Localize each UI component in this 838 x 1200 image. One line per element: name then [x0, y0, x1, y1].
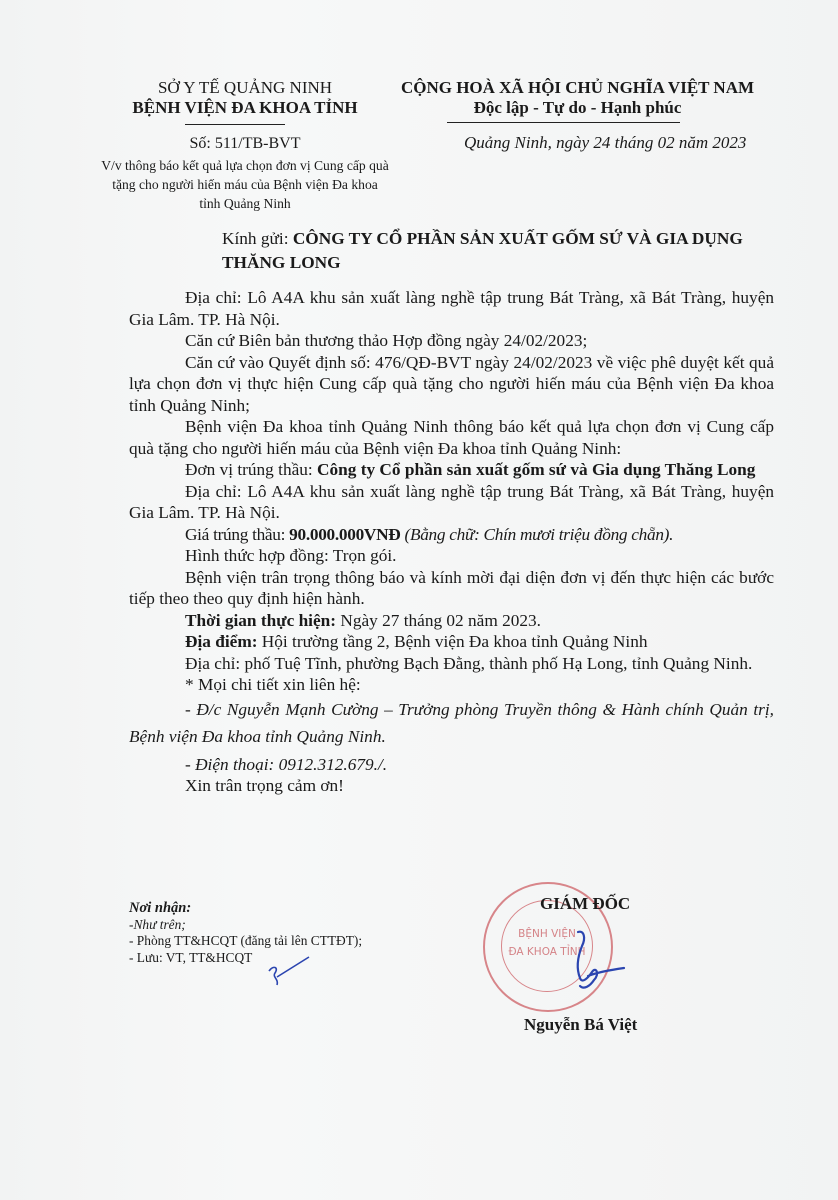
price-value: 90.000.000VNĐ [289, 525, 400, 544]
signatory-title: GIÁM ĐỐC [540, 894, 630, 914]
venue-value: Hội trường tầng 2, Bệnh viện Đa khoa tỉn… [257, 632, 647, 651]
venue-label: Địa điểm: [185, 632, 257, 651]
recipient-block: Kính gửi: CÔNG TY CỔ PHẦN SẢN XUẤT GỐM S… [222, 227, 782, 275]
paragraph-address-2: Địa chỉ: Lô A4A khu sản xuất làng nghề t… [129, 481, 774, 524]
organization-name: BỆNH VIỆN ĐA KHOA TỈNH [100, 98, 390, 118]
paragraph-contract-type: Hình thức hợp đồng: Trọn gói. [129, 545, 774, 567]
paragraph-basis-1: Căn cứ Biên bản thương thảo Hợp đồng ngà… [129, 330, 774, 352]
recipients-title: Nơi nhận: [129, 900, 362, 917]
paragraph-contact-phone: - Điện thoại: 0912.312.679./. [129, 754, 774, 776]
signatory-name: Nguyễn Bá Việt [524, 1015, 637, 1035]
header-right-underline [447, 122, 680, 123]
document-page: SỞ Y TẾ QUẢNG NINH BỆNH VIỆN ĐA KHOA TỈN… [0, 0, 838, 1200]
recipient-label: Kính gửi: [222, 229, 293, 248]
paragraph-contact-intro: * Mọi chi tiết xin liên hệ: [129, 674, 774, 696]
time-label: Thời gian thực hiện: [185, 611, 336, 630]
paragraph-price: Giá trúng thầu: 90.000.000VNĐ (Bằng chữ:… [129, 524, 774, 546]
paragraph-basis-2: Căn cứ vào Quyết định số: 476/QĐ-BVT ngà… [129, 352, 774, 417]
price-label: Giá trúng thầu: [185, 525, 289, 544]
recipients-list: Nơi nhận: -Như trên; - Phòng TT&HCQT (đă… [129, 900, 362, 966]
place-date: Quảng Ninh, ngày 24 tháng 02 năm 2023 [464, 133, 746, 153]
recipients-item: - Phòng TT&HCQT (đăng tải lên CTTĐT); [129, 933, 362, 950]
header-left-underline [185, 124, 285, 125]
paragraph-announcement: Bệnh viện Đa khoa tỉnh Quảng Ninh thông … [129, 416, 774, 459]
national-motto: Độc lập - Tự do - Hạnh phúc [370, 98, 785, 118]
winner-label: Đơn vị trúng thầu: [185, 460, 317, 479]
letter-body: Địa chỉ: Lô A4A khu sản xuất làng nghề t… [129, 287, 774, 797]
recipient-name: CÔNG TY CỔ PHẦN SẢN XUẤT GỐM SỨ VÀ GIA D… [222, 229, 743, 272]
recipients-item: - Lưu: VT, TT&HCQT [129, 950, 362, 967]
paragraph-winner: Đơn vị trúng thầu: Công ty Cổ phần sản x… [129, 459, 774, 481]
paragraph-venue-address: Địa chỉ: phố Tuệ Tĩnh, phường Bạch Đằng,… [129, 653, 774, 675]
winner-name: Công ty Cổ phần sản xuất gốm sứ và Gia d… [317, 460, 755, 479]
paragraph-address-1: Địa chỉ: Lô A4A khu sản xuất làng nghề t… [129, 287, 774, 330]
paragraph-contact-person: - Đ/c Nguyễn Mạnh Cường – Trưởng phòng T… [129, 696, 774, 750]
paragraph-time: Thời gian thực hiện: Ngày 27 tháng 02 nă… [129, 610, 774, 632]
handwritten-signature-icon [570, 928, 650, 998]
department-name: SỞ Y TẾ QUẢNG NINH [110, 78, 380, 98]
document-subject: V/v thông báo kết quả lựa chọn đơn vị Cu… [100, 156, 390, 213]
time-value: Ngày 27 tháng 02 năm 2023. [336, 611, 541, 630]
paragraph-invitation: Bệnh viện trân trọng thông báo và kính m… [129, 567, 774, 610]
initial-mark-icon [265, 955, 313, 989]
national-title: CỘNG HOÀ XÃ HỘI CHỦ NGHĨA VIỆT NAM [370, 78, 785, 98]
recipients-item: -Như trên; [129, 917, 362, 934]
paragraph-venue: Địa điểm: Hội trường tầng 2, Bệnh viện Đ… [129, 631, 774, 653]
paragraph-closing: Xin trân trọng cảm ơn! [129, 775, 774, 797]
document-number: Số: 511/TB-BVT [110, 135, 380, 153]
price-words: (Bằng chữ: Chín mươi triệu đồng chẵn). [400, 525, 673, 544]
